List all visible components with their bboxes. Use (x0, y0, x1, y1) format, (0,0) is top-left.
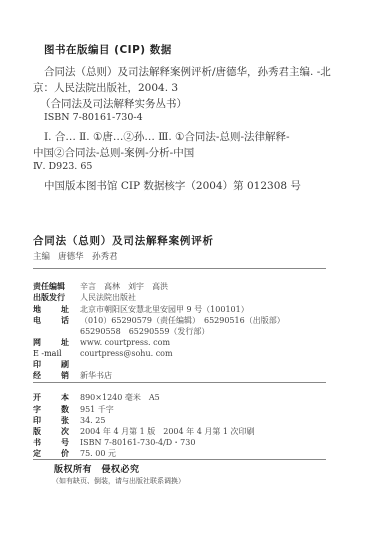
website-link: www. courtpress. com (80, 337, 170, 348)
spec-row-word-count: 字数951 千字 (33, 404, 114, 415)
cip-isbn: ISBN 7-80161-730-4 (44, 112, 143, 123)
divider-2 (33, 382, 326, 383)
info-row-phone: 电话（010）65290579（责任编辑） 65290516（出版部） (33, 315, 285, 326)
info-row-address: 地址北京市朝阳区安慧北里安园甲 9 号（100101） (33, 304, 249, 315)
cip-line-1: 合同法（总则）及司法解释案例评析/唐德华，孙秀君主编. -北 (44, 64, 331, 79)
info-row-website: 网址www. courtpress. com (33, 337, 170, 348)
editors-names: 唐德华 孙秀君 (58, 252, 118, 262)
defect-exchange-note: （如有缺页、倒装，请与出版社联系调换） (52, 476, 185, 486)
info-row-email: E -mailcourtpress@sohu. com (33, 348, 173, 359)
cip-verification-number: 中国版本图书馆 CIP 数据核字（2004）第 012308 号 (44, 178, 301, 193)
editors-label: 主编 (33, 252, 50, 262)
cip-heading: 图书在版编目 (CIP) 数据 (44, 42, 172, 57)
info-row-printer: 印刷 (33, 359, 80, 370)
divider-1 (33, 268, 326, 269)
book-title: 合同法（总则）及司法解释案例评析 (33, 233, 214, 248)
email-address: courtpress@sohu. com (80, 348, 173, 359)
cip-classification-1: Ⅰ. 合… Ⅱ. ①唐…②孙… Ⅲ. ①合同法-总则-法律解释- (44, 129, 290, 144)
copyright-notice: 版权所有 侵权必究 (54, 462, 140, 475)
info-row-distributor: 经销新华书店 (33, 370, 112, 381)
cip-classification-3: Ⅳ. D923. 65 (33, 161, 92, 172)
cip-series: （合同法及司法解释实务丛书） (40, 96, 187, 111)
cip-line-2: 京：人民法院出版社，2004. 3 (33, 80, 178, 95)
info-row-phone-cont: 65290558 65290559（发行部） (80, 326, 209, 337)
info-row-editor-in-charge: 责任编辑辛言 高林 刘宇 高洪 (33, 281, 168, 292)
spec-row-sheets: 印张34. 25 (33, 415, 105, 426)
spec-row-isbn: 书号ISBN 7-80161-730-4/D・730 (33, 437, 195, 448)
spec-row-edition: 版次2004 年 4 月第 1 版 2004 年 4 月第 1 次印刷 (33, 426, 255, 437)
divider-3 (33, 459, 326, 460)
spec-row-format: 开本890×1240 毫米 A5 (33, 392, 160, 403)
spec-row-price: 定价75. 00 元 (33, 448, 116, 459)
book-editors: 主编 唐德华 孙秀君 (33, 250, 118, 262)
cip-classification-2: 中国②合同法-总则-案例-分析-中国 (33, 145, 194, 160)
info-row-publisher: 出版发行人民法院出版社 (33, 292, 136, 303)
